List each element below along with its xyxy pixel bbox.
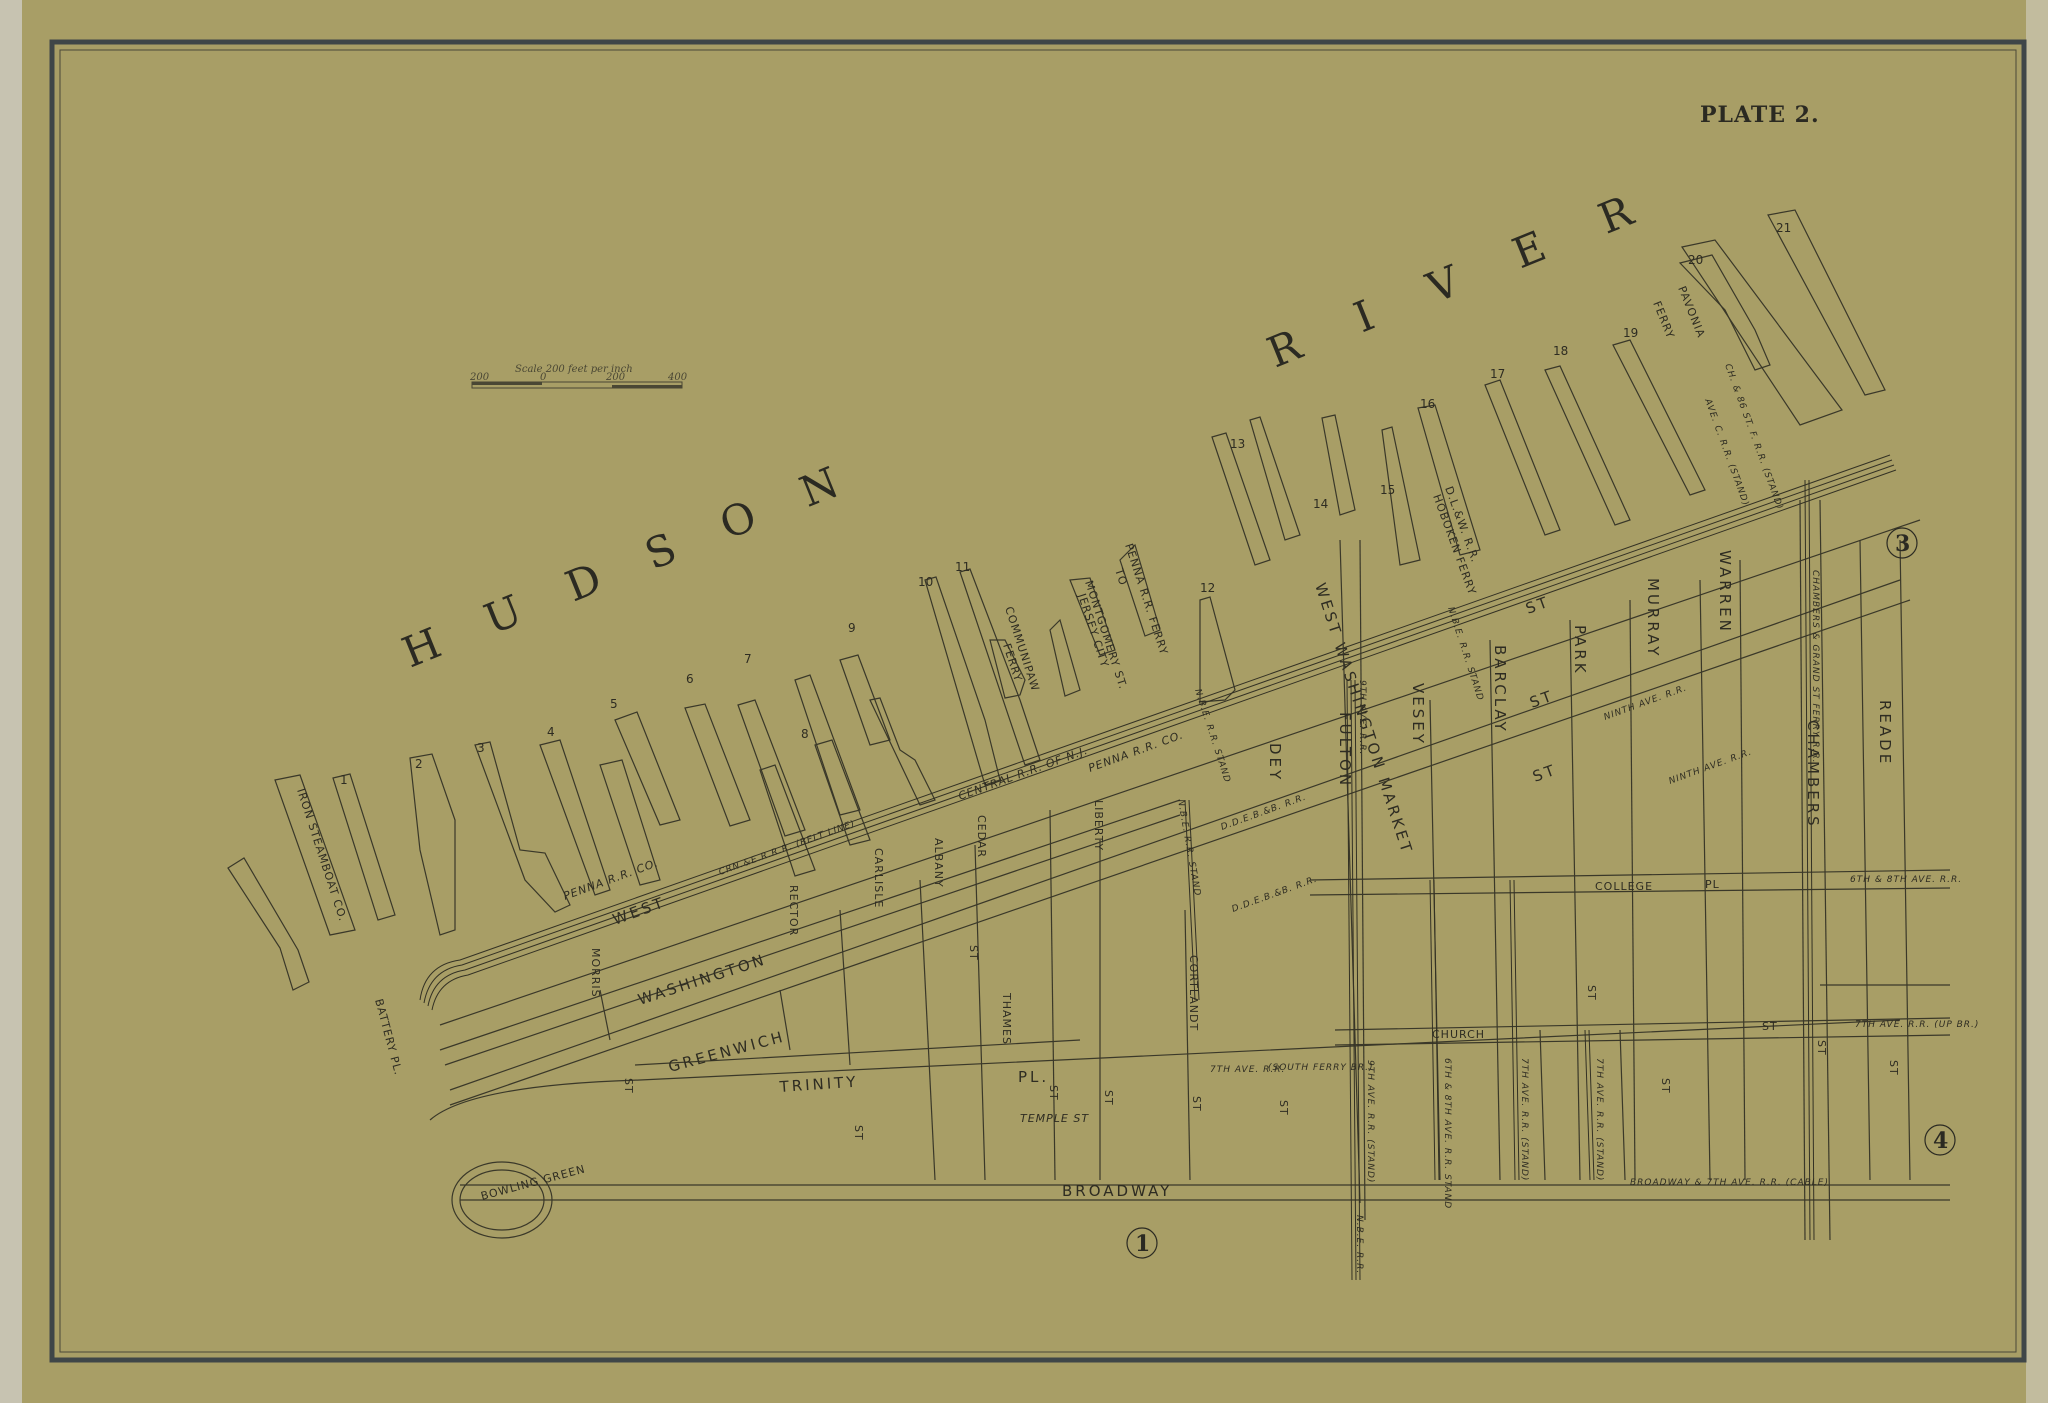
svg-text:NINTH AVE. R.R.: NINTH AVE. R.R. [1603,683,1689,722]
svg-text:PAVONIA: PAVONIA [1675,284,1708,340]
svg-text:0: 0 [540,372,547,383]
svg-text:PL.: PL. [1018,1068,1049,1086]
street-broadway: BROADWAY [1062,1182,1172,1200]
svg-text:ST: ST [1527,686,1556,711]
svg-text:20: 20 [1688,253,1703,267]
svg-text:MURRAY: MURRAY [1644,578,1662,658]
svg-text:ST: ST [1102,1090,1115,1106]
svg-text:ST: ST [1277,1100,1290,1116]
svg-text:IRON STEAMBOAT CO.: IRON STEAMBOAT CO. [294,787,349,923]
svg-text:ST: ST [1762,1020,1778,1033]
svg-text:N.B.E. R.R. STAND: N.B.E. R.R. STAND [1192,688,1232,785]
section-marker-4[interactable]: 4 [1925,1125,1955,1155]
svg-text:CHURCH: CHURCH [1432,1028,1485,1041]
svg-text:FERRY: FERRY [1650,299,1677,341]
svg-text:N.B.E. R.R. STAND: N.B.E. R.R. STAND [1175,799,1202,898]
river-label: HUDSON RIVER [395,163,1696,677]
svg-text:13: 13 [1230,437,1245,451]
svg-text:CHAMBERS & GRAND ST FERRY R.R.: CHAMBERS & GRAND ST FERRY R.R. [1810,570,1820,763]
svg-text:9TH AVE. R.R.: 9TH AVE. R.R. [1357,680,1367,755]
svg-text:HUDSON: HUDSON [395,438,893,677]
svg-text:CORTLANDT: CORTLANDT [1187,955,1200,1031]
svg-text:BROADWAY & 7TH AVE. R.R. (CABL: BROADWAY & 7TH AVE. R.R. (CABLE) [1630,1178,1829,1188]
svg-text:200: 200 [605,372,626,383]
svg-text:CRN.&E.R.R.R. (BELT LINE): CRN.&E.R.R.R. (BELT LINE) [718,819,857,878]
svg-text:TO: TO [1112,566,1130,588]
pier-numbers: 1 2 3 4 5 6 7 8 9 10 11 12 13 14 15 16 1… [340,221,1791,787]
svg-text:400: 400 [667,372,688,383]
svg-text:14: 14 [1313,497,1328,511]
svg-text:BARCLAY: BARCLAY [1491,645,1509,734]
svg-text:PENNA R.R. CO.: PENNA R.R. CO. [562,856,661,902]
svg-text:10: 10 [918,575,933,589]
svg-text:ST: ST [967,945,980,961]
section-marker-1[interactable]: 1 [1127,1228,1157,1258]
svg-text:MORRIS: MORRIS [589,948,602,998]
map-canvas[interactable]: PLATE 2. HUDSON RIVER Scale 200 feet per… [0,0,2048,1403]
svg-text:CH. & 86 ST. F. R.R. (STAND): CH. & 86 ST. F. R.R. (STAND) [1722,363,1784,512]
svg-text:7: 7 [744,652,752,666]
street-labels: WEST ST WASHINGTON GREENWICH TRINITY PL.… [372,550,1900,1200]
svg-text:CARLISLE: CARLISLE [872,848,885,908]
svg-text:D.D.E.B.&B. R.R.: D.D.E.B.&B. R.R. [1231,875,1319,915]
svg-text:1: 1 [340,773,348,787]
svg-text:(SOUTH FERRY BR.): (SOUTH FERRY BR.) [1268,1063,1374,1073]
svg-text:THAMES: THAMES [1000,992,1013,1045]
svg-text:PENNA R.R. FERRY: PENNA R.R. FERRY [1122,542,1170,657]
svg-text:ST: ST [1887,1060,1900,1076]
svg-text:PENNA R.R. CO.: PENNA R.R. CO. [1087,728,1186,774]
svg-text:COLLEGE: COLLEGE [1595,880,1653,893]
svg-text:2: 2 [415,757,423,771]
svg-text:3: 3 [477,741,485,755]
svg-text:7TH AVE. R.R. (STAND): 7TH AVE. R.R. (STAND) [1594,1058,1604,1181]
svg-text:ST: ST [852,1125,865,1141]
svg-text:9: 9 [848,621,856,635]
svg-text:12: 12 [1200,581,1215,595]
plate-title: PLATE 2. [1700,102,1820,128]
svg-text:6TH & 8TH AVE. R.R.: 6TH & 8TH AVE. R.R. [1850,875,1962,885]
svg-text:N.B.E. R.R.: N.B.E. R.R. [1354,1215,1364,1274]
svg-text:18: 18 [1553,344,1568,358]
svg-text:ST: ST [1530,760,1559,785]
svg-text:RIVER: RIVER [1260,163,1696,377]
svg-text:RECTOR: RECTOR [787,885,800,936]
map-border [52,42,2024,1360]
svg-text:19: 19 [1623,326,1638,340]
svg-text:WARREN: WARREN [1716,550,1734,634]
svg-text:7TH AVE. R.R. (UP BR.): 7TH AVE. R.R. (UP BR.) [1855,1020,1979,1030]
svg-text:7TH AVE. R.R. (STAND): 7TH AVE. R.R. (STAND) [1519,1058,1529,1181]
svg-text:21: 21 [1776,221,1791,235]
svg-text:NINTH AVE. R.R.: NINTH AVE. R.R. [1668,747,1754,786]
svg-text:6: 6 [686,672,694,686]
svg-text:ST: ST [1815,1040,1828,1056]
svg-text:BOWLING GREEN: BOWLING GREEN [479,1162,587,1202]
svg-text:11: 11 [955,560,970,574]
svg-text:TRINITY: TRINITY [778,1073,859,1097]
svg-text:GREENWICH: GREENWICH [666,1027,787,1076]
svg-text:PL: PL [1705,878,1720,891]
svg-text:ST: ST [1659,1078,1672,1094]
svg-text:LIBERTY: LIBERTY [1092,800,1105,851]
svg-text:TEMPLE ST: TEMPLE ST [1020,1112,1089,1125]
svg-text:4: 4 [1933,1128,1948,1154]
section-marker-3[interactable]: 3 [1887,528,1917,558]
svg-text:WASHINGTON: WASHINGTON [636,950,769,1009]
svg-text:CENTRAL R.R. OF N.J.: CENTRAL R.R. OF N.J. [957,744,1090,803]
svg-text:3: 3 [1895,531,1910,557]
scale-bar: Scale 200 feet per inch 200 0 200 400 [469,364,688,388]
svg-text:VESEY: VESEY [1409,683,1427,746]
svg-text:6TH & 8TH AVE. R.R. STAND: 6TH & 8TH AVE. R.R. STAND [1442,1058,1452,1209]
svg-text:DEY: DEY [1266,743,1284,782]
svg-text:4: 4 [547,725,555,739]
svg-text:ST: ST [1047,1085,1060,1101]
svg-text:CEDAR: CEDAR [975,815,988,858]
svg-text:8: 8 [801,727,809,741]
svg-text:17: 17 [1490,367,1505,381]
svg-text:ST: ST [1523,592,1552,617]
svg-text:ST: ST [1190,1096,1203,1112]
svg-text:BATTERY PL.: BATTERY PL. [372,997,405,1077]
svg-text:FULTON: FULTON [1336,712,1354,788]
svg-text:READE: READE [1876,700,1894,766]
svg-text:200: 200 [469,372,490,383]
svg-text:ST: ST [622,1078,635,1094]
svg-text:ALBANY: ALBANY [932,838,945,888]
svg-text:1: 1 [1135,1231,1150,1257]
svg-text:9TH AVE. R.R. (STAND): 9TH AVE. R.R. (STAND) [1365,1060,1375,1183]
street-west: WEST [610,893,668,929]
svg-text:16: 16 [1420,397,1435,411]
svg-text:ST: ST [1585,985,1598,1001]
svg-text:15: 15 [1380,483,1395,497]
svg-text:N.B.E. R.R. STAND: N.B.E. R.R. STAND [1445,606,1485,703]
svg-text:5: 5 [610,697,618,711]
svg-text:PARK: PARK [1571,625,1589,676]
